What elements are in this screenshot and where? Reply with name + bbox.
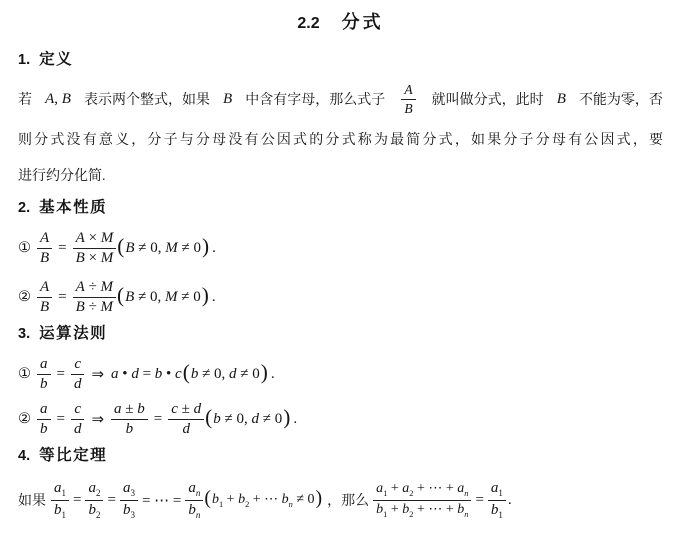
heading-number: 4.	[18, 448, 30, 464]
text-run: 就叫做分式，此时	[432, 89, 544, 109]
condition-text: b1 + b2 + ⋯ bn ≠ 0	[212, 491, 315, 509]
fraction-numerator: A	[37, 279, 52, 298]
math-var: B	[557, 91, 566, 108]
right-paren: )	[283, 407, 290, 428]
heading-label: 运算法则	[39, 321, 107, 343]
fraction: A B	[37, 230, 52, 267]
period: .	[271, 366, 275, 383]
fraction: a1 b1	[51, 480, 69, 519]
paragraph-line-2: 则分式没有意义，分子与分母没有公因式的分式称为最简分式，如果分子分母有公因式，要	[18, 131, 663, 151]
period: .	[212, 289, 216, 306]
heading-operation-rules: 3. 运算法则	[18, 321, 663, 343]
heading-basic-properties: 2. 基本性质	[18, 195, 663, 217]
fraction: a b	[37, 401, 51, 438]
heading-number: 3.	[18, 326, 30, 342]
circled-1-icon: ①	[18, 366, 31, 382]
equals-sign: =	[57, 366, 65, 383]
fraction-numerator: A ÷ M	[73, 279, 116, 298]
period: .	[293, 411, 297, 428]
right-paren: )	[261, 362, 268, 383]
fraction-denominator: b2	[85, 501, 103, 520]
left-paren: (	[117, 236, 124, 257]
fraction: a ± b b	[111, 401, 148, 438]
heading-definition: 1. 定义	[18, 47, 663, 69]
fraction-denominator: B	[401, 100, 415, 116]
fraction-numerator: a ± b	[111, 401, 148, 420]
fraction: A ÷ M B ÷ M	[73, 279, 116, 316]
heading-number: 2.	[18, 200, 30, 216]
text-run: 表示两个整式，如果	[84, 89, 210, 109]
fraction-numerator: a1	[51, 480, 69, 500]
text-run: 中含有字母，那么式子	[245, 89, 385, 109]
circled-2-icon: ②	[18, 411, 31, 427]
fraction-denominator: b	[37, 420, 51, 438]
fraction: a1 b1	[488, 480, 506, 519]
fraction-numerator: c	[71, 356, 84, 375]
fraction-numerator: a2	[85, 480, 103, 500]
fraction: A B	[37, 279, 52, 316]
paragraph-line-3: 进行约分化简.	[18, 165, 663, 185]
equals-sign: =	[58, 240, 66, 257]
heading-label: 定义	[39, 47, 73, 69]
right-paren: )	[202, 285, 209, 306]
equals-sign: =	[58, 289, 66, 306]
text-run: 如果	[18, 490, 46, 510]
heading-label: 等比定理	[39, 443, 107, 465]
left-paren: (	[205, 407, 212, 428]
period: .	[508, 492, 512, 509]
fraction-denominator: d	[71, 375, 85, 393]
left-paren: (	[117, 285, 124, 306]
inline-fraction: A B	[401, 82, 415, 115]
fraction: c ± d d	[168, 401, 204, 438]
equals-sign: =	[154, 411, 162, 428]
fraction-numerator: a3	[120, 480, 138, 500]
text-run: ，那么	[327, 490, 369, 510]
fraction-denominator: b	[123, 420, 137, 438]
fraction-denominator: B ÷ M	[73, 298, 116, 316]
equation-text: a • d = b • c	[111, 366, 182, 383]
fraction-denominator: bn	[185, 501, 203, 520]
formula-proportion: 如果 a1 b1 = a2 b2 = a3 b3 = ⋯ = an bn ( b…	[18, 468, 663, 532]
text-run: 若	[18, 89, 32, 109]
implies-arrow: ⇒	[91, 410, 104, 428]
formula-property-2: ② A B = A ÷ M B ÷ M ( B ≠ 0, M ≠ 0 ) .	[18, 275, 663, 319]
equals-sign: =	[57, 411, 65, 428]
right-paren: )	[202, 236, 209, 257]
implies-arrow: ⇒	[91, 365, 104, 383]
fraction: a2 b2	[85, 480, 103, 519]
fraction-numerator: c ± d	[168, 401, 204, 420]
circled-2-icon: ②	[18, 289, 31, 305]
fraction-denominator: b1	[51, 501, 69, 520]
right-paren: )	[316, 489, 323, 509]
fraction: A × M B × M	[73, 230, 117, 267]
fraction: c d	[71, 401, 85, 438]
formula-rule-2: ② a b = c d ⇒ a ± b b = c ± d d ( b ≠ 0,…	[18, 396, 663, 442]
title-text: 分式	[342, 8, 384, 34]
equals-sign: =	[475, 492, 483, 509]
title-number: 2.2	[297, 15, 319, 33]
fraction-denominator: B	[37, 249, 52, 267]
condition-text: B ≠ 0, M ≠ 0	[125, 289, 201, 306]
equals-sign: =	[107, 492, 115, 509]
period: .	[212, 240, 216, 257]
equals-dots: = ⋯ =	[142, 491, 181, 510]
fraction-numerator: A × M	[73, 230, 117, 249]
fraction-numerator: a	[37, 401, 51, 420]
condition-text: b ≠ 0, d ≠ 0	[191, 366, 260, 383]
math-var: A, B	[45, 91, 71, 108]
formula-property-1: ① A B = A × M B × M ( B ≠ 0, M ≠ 0 ) .	[18, 226, 663, 270]
fraction-denominator: B × M	[73, 249, 117, 267]
page-title: 2.2 分式	[18, 8, 663, 34]
heading-label: 基本性质	[39, 195, 107, 217]
fraction-numerator: A	[401, 82, 415, 99]
fraction: a b	[37, 356, 51, 393]
fraction-numerator: a1 + a2 + ⋯ + an	[373, 481, 471, 500]
fraction-denominator: d	[71, 420, 85, 438]
fraction-numerator: a	[37, 356, 51, 375]
text-run: 不能为零，否	[579, 89, 663, 109]
fraction-denominator: d	[179, 420, 193, 438]
left-paren: (	[204, 489, 211, 509]
fraction-denominator: b3	[120, 501, 138, 520]
fraction: a3 b3	[120, 480, 138, 519]
heading-number: 1.	[18, 52, 30, 68]
fraction-numerator: a1	[488, 480, 506, 500]
paragraph-line-1: 若 A, B 表示两个整式，如果 B 中含有字母，那么式子 A B 就叫做分式，…	[18, 76, 663, 122]
condition-text: b ≠ 0, d ≠ 0	[213, 411, 282, 428]
math-var: B	[223, 91, 232, 108]
circled-1-icon: ①	[18, 240, 31, 256]
fraction-denominator: b1	[488, 501, 506, 520]
fraction: c d	[71, 356, 85, 393]
equals-sign: =	[73, 492, 81, 509]
fraction-denominator: B	[37, 298, 52, 316]
fraction-numerator: an	[185, 480, 203, 500]
condition-text: B ≠ 0, M ≠ 0	[125, 240, 201, 257]
fraction-denominator: b1 + b2 + ⋯ + bn	[373, 501, 471, 519]
fraction: an bn	[185, 480, 203, 519]
fraction-denominator: b	[37, 375, 51, 393]
left-paren: (	[183, 362, 190, 383]
fraction-numerator: A	[37, 230, 52, 249]
fraction-sum: a1 + a2 + ⋯ + an b1 + b2 + ⋯ + bn	[373, 481, 471, 518]
formula-rule-1: ① a b = c d ⇒ a • d = b • c ( b ≠ 0, d ≠…	[18, 353, 663, 395]
fraction-numerator: c	[71, 401, 84, 420]
heading-proportion-theorem: 4. 等比定理	[18, 443, 663, 465]
